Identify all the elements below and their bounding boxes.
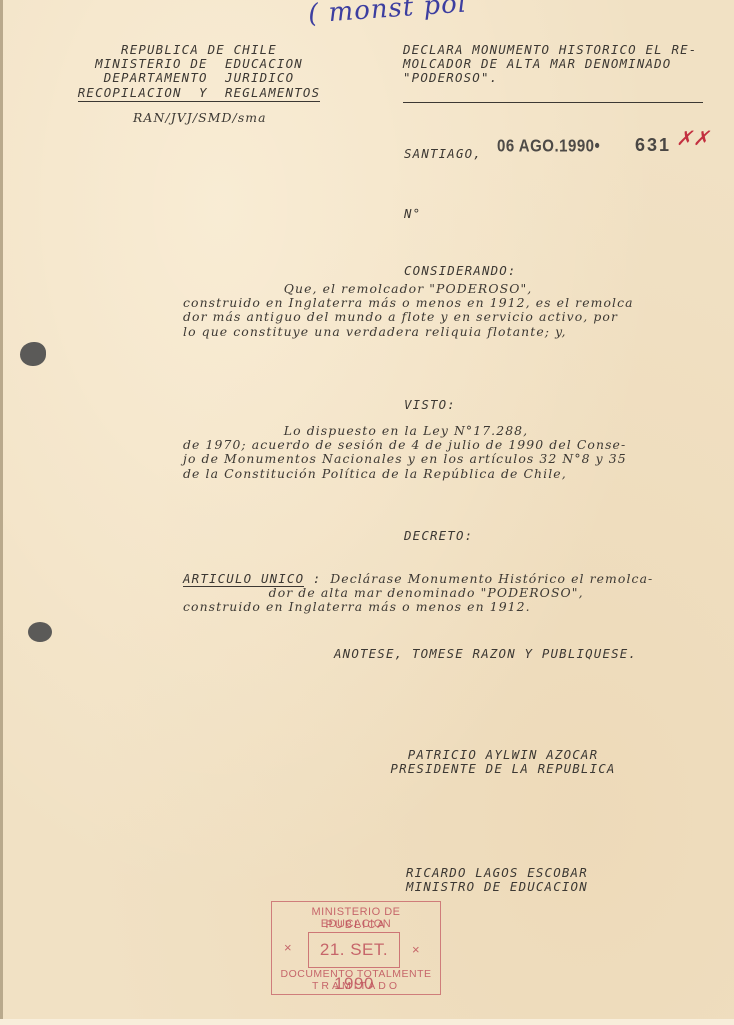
divider bbox=[403, 102, 703, 103]
letterhead: REPUBLICA DE CHILE MINISTERIO DE EDUCACI… bbox=[70, 43, 328, 102]
closing-formula: ANOTESE, TOMESE RAZON Y PUBLIQUESE. bbox=[334, 647, 637, 661]
decreto-heading: DECRETO: bbox=[404, 529, 473, 543]
signatory-title: MINISTRO DE EDUCACION bbox=[406, 879, 588, 894]
signatory-name: PATRICIO AYLWIN AZOCAR bbox=[408, 747, 599, 762]
reference-initials: RAN/JVJ/SMD/sma bbox=[133, 111, 267, 125]
red-check-mark: ✗✗ bbox=[676, 126, 710, 150]
letterhead-line: RECOPILACION Y REGLAMENTOS bbox=[78, 86, 320, 102]
decree-number: 631 bbox=[635, 135, 671, 156]
stamp-x-mark: × bbox=[412, 942, 420, 957]
page-edge bbox=[0, 0, 3, 1025]
number-label: N° bbox=[404, 207, 421, 221]
signatory-name: RICARDO LAGOS ESCOBAR bbox=[406, 865, 588, 880]
stamp-x-mark: × bbox=[284, 940, 292, 955]
considerando-body: Que, el remolcador "PODEROSO", construid… bbox=[183, 282, 634, 339]
punch-hole bbox=[28, 622, 52, 642]
decree-subject: DECLARA MONUMENTO HISTORICO EL RE- MOLCA… bbox=[403, 43, 705, 86]
considerando-heading: CONSIDERANDO: bbox=[404, 264, 517, 278]
letterhead-line: DEPARTAMENTO JURIDICO bbox=[104, 70, 295, 85]
subject-line: MOLCADOR DE ALTA MAR DENOMINADO bbox=[403, 56, 671, 71]
letterhead-line: MINISTERIO DE EDUCACION bbox=[95, 56, 303, 71]
document-page bbox=[0, 0, 734, 1025]
page-bottom-edge bbox=[0, 1019, 734, 1025]
subject-line: DECLARA MONUMENTO HISTORICO EL RE- bbox=[403, 42, 697, 57]
visto-heading: VISTO: bbox=[404, 398, 456, 412]
stamp-date: 21. SET. 1990 bbox=[308, 932, 400, 968]
signature-president: PATRICIO AYLWIN AZOCAR PRESIDENTE DE LA … bbox=[388, 748, 618, 776]
place-label: SANTIAGO, bbox=[404, 147, 482, 161]
receipt-stamp: MINISTERIO DE EDUCACION PUBLICA × 21. SE… bbox=[271, 901, 441, 995]
punch-hole bbox=[20, 342, 46, 366]
visto-body: Lo dispuesto en la Ley N°17.288, de 1970… bbox=[183, 424, 627, 481]
date-stamp: 06 AGO.1990• bbox=[497, 137, 600, 157]
subject-line: "PODEROSO". bbox=[403, 70, 498, 85]
signatory-title: PRESIDENTE DE LA REPUBLICA bbox=[390, 761, 615, 776]
signature-minister: RICARDO LAGOS ESCOBAR MINISTRO DE EDUCAC… bbox=[406, 866, 588, 894]
articulo-unico: ARTICULO UNICO : Declárase Monumento His… bbox=[183, 572, 653, 615]
letterhead-line: REPUBLICA DE CHILE bbox=[121, 42, 277, 57]
